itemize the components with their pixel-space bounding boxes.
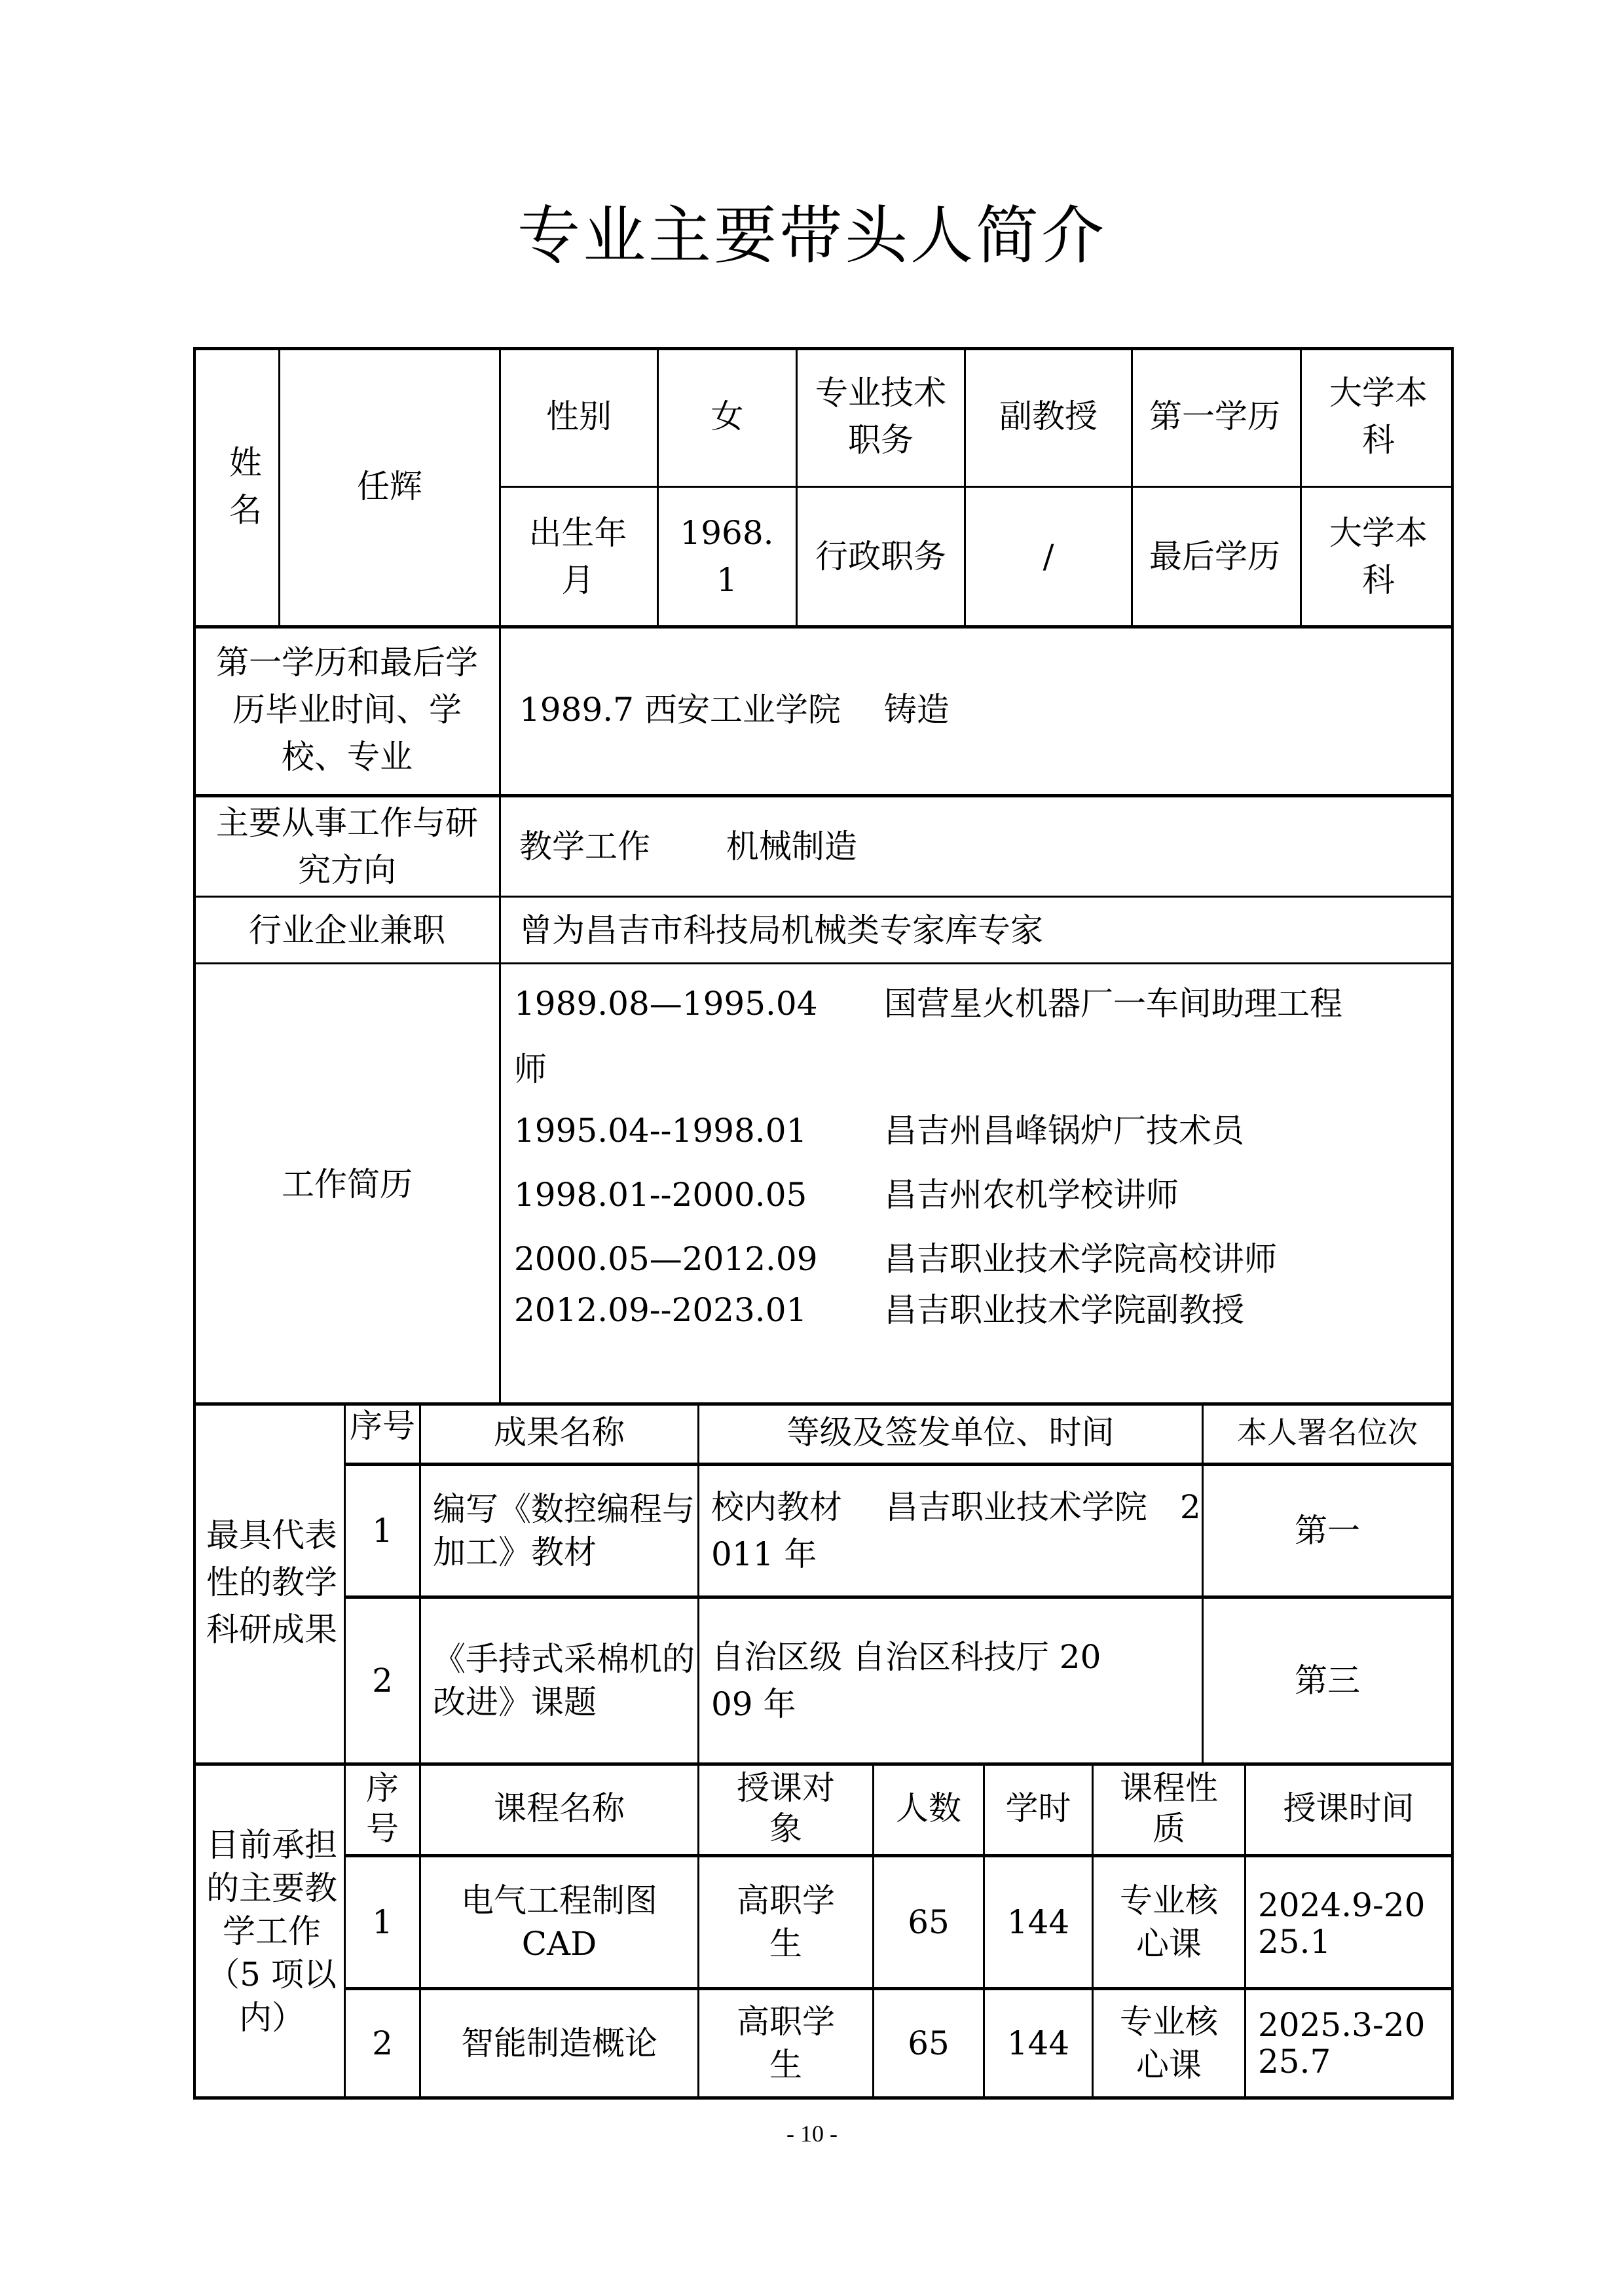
achievements-section: 最具代表性的教学科研成果 序号 成果名称 等级及签发单位、时间 本人署名位次 1… [193, 1402, 1454, 1762]
teaching-header-no: 序号 [346, 1762, 419, 1854]
last-degree-value: 大学本科 [1319, 488, 1437, 625]
admin-title-value: / [966, 488, 1131, 625]
achievement-row-2-no: 2 [346, 1599, 419, 1762]
work-desc: 昌吉州农机学校讲师 [884, 1176, 1179, 1214]
work-history-item: 1995.04--1998.01昌吉州昌峰锅炉厂技术员 [514, 1104, 1244, 1152]
work-history-item: 2000.05—2012.09昌吉职业技术学院高校讲师 [514, 1233, 1277, 1280]
teaching-header-count: 人数 [874, 1762, 983, 1854]
work-period: 1989.08—1995.04 [514, 985, 884, 1023]
achievement-row-1-no: 1 [346, 1466, 419, 1595]
work-history-item: 1989.08—1995.04国营星火机器厂一车间助理工程 [514, 977, 1342, 1025]
teaching-row-2-target: 高职学生 [699, 1990, 872, 2096]
work-desc: 国营星火机器厂一车间助理工程 [884, 985, 1342, 1023]
teaching-row-2-type: 专业核心课 [1094, 1990, 1244, 2096]
teaching-section: 目前承担的主要教学工作（5 项以内） 序号 课程名称 授课对象 人数 学时 课程… [193, 1762, 1454, 2100]
achievements-header-no: 序号 [346, 1402, 419, 1463]
direction-label: 主要从事工作与研究方向 [206, 797, 488, 896]
profile-section: 第一学历和最后学历毕业时间、学校、专业 1989.7 西安工业学院 铸造 主要从… [193, 625, 1454, 1404]
last-degree-label: 最后学历 [1149, 488, 1280, 625]
achievement-row-1-level: 校内教材 昌吉职业技术学院 2011 年 [699, 1466, 1202, 1595]
teaching-row-2-count: 65 [874, 1990, 983, 2096]
teaching-header-time: 授课时间 [1246, 1762, 1451, 1854]
admin-title-label: 行政职务 [815, 488, 946, 625]
education-value: 1989.7 西安工业学院 铸造 [501, 625, 1450, 794]
teaching-row-2-hours: 144 [985, 1990, 1092, 2096]
achievement-row-2-level: 自治区级 自治区科技厅 2009 年 [699, 1599, 1202, 1762]
teaching-row-1-course: 电气工程制图CAD [421, 1857, 697, 1987]
name-label: 姓名 [226, 347, 265, 625]
page-number: - 10 - [0, 2120, 1624, 2147]
gender-value: 女 [659, 347, 796, 486]
achievements-header-name: 成果名称 [421, 1402, 697, 1463]
work-period: 1998.01--2000.05 [514, 1176, 884, 1214]
achievements-label: 最具代表性的教学科研成果 [206, 1402, 337, 1762]
teaching-label: 目前承担的主要教学工作（5 项以内） [206, 1762, 337, 2100]
achievements-header-level: 等级及签发单位、时间 [699, 1402, 1202, 1463]
industry-label: 行业企业兼职 [206, 898, 488, 962]
teaching-row-1-type: 专业核心课 [1094, 1857, 1244, 1987]
teaching-row-1-no: 1 [346, 1857, 419, 1987]
work-desc: 昌吉州昌峰锅炉厂技术员 [884, 1112, 1244, 1150]
name-value: 任辉 [280, 347, 499, 625]
birth-label: 出生年月 [517, 488, 638, 625]
work-desc: 昌吉职业技术学院副教授 [884, 1291, 1244, 1329]
achievement-row-2-rank: 第三 [1204, 1599, 1451, 1762]
teaching-row-2-no: 2 [346, 1990, 419, 2096]
work-history-item: 2012.09--2023.01昌吉职业技术学院副教授 [514, 1284, 1244, 1331]
teaching-row-2-time: 2025.3-2025.7 [1246, 1990, 1451, 2096]
basic-info-section: 姓名 任辉 性别 女 专业技术职务 副教授 第一学历 大学本科 出生年月 196… [193, 347, 1454, 625]
teaching-row-1-time: 2024.9-2025.1 [1246, 1857, 1451, 1987]
work-history-item-continued: 师 [514, 1043, 547, 1090]
achievements-header-rank: 本人署名位次 [1204, 1402, 1451, 1463]
work-period: 2000.05—2012.09 [514, 1240, 884, 1278]
first-degree-label: 第一学历 [1149, 347, 1280, 486]
page-title: 专业主要带头人简介 [0, 196, 1624, 275]
teaching-row-1-hours: 144 [985, 1857, 1092, 1987]
teaching-row-1-count: 65 [874, 1857, 983, 1987]
industry-value: 曾为昌吉市科技局机械类专家库专家 [501, 898, 1450, 962]
teaching-header-target: 授课对象 [699, 1762, 872, 1854]
work-desc-continued: 师 [514, 1050, 547, 1088]
work-history-label: 工作简历 [206, 964, 488, 1404]
teaching-header-hours: 学时 [985, 1762, 1092, 1854]
teaching-header-course: 课程名称 [421, 1762, 697, 1854]
first-degree-value: 大学本科 [1319, 347, 1437, 486]
teaching-header-type: 课程性质 [1094, 1762, 1244, 1854]
achievement-row-1-rank: 第一 [1204, 1466, 1451, 1595]
gender-label: 性别 [501, 347, 657, 486]
achievement-row-1-name: 编写《数控编程与加工》教材 [421, 1466, 697, 1595]
education-label: 第一学历和最后学历毕业时间、学校、专业 [206, 625, 488, 794]
work-period: 2012.09--2023.01 [514, 1291, 884, 1329]
work-history-item: 1998.01--2000.05昌吉州农机学校讲师 [514, 1169, 1179, 1216]
work-period: 1995.04--1998.01 [514, 1112, 884, 1150]
teaching-row-2-course: 智能制造概论 [421, 1990, 697, 2096]
direction-value: 教学工作 机械制造 [501, 797, 1450, 896]
tech-title-label: 专业技术职务 [815, 347, 946, 486]
achievement-row-2-name: 《手持式采棉机的改进》课题 [421, 1599, 697, 1762]
work-history-list: 1989.08—1995.04国营星火机器厂一车间助理工程 师 1995.04-… [514, 964, 1441, 1404]
teaching-row-1-target: 高职学生 [699, 1857, 872, 1987]
work-desc: 昌吉职业技术学院高校讲师 [884, 1240, 1277, 1278]
tech-title-value: 副教授 [966, 347, 1131, 486]
birth-value: 1968.1 [674, 488, 779, 625]
